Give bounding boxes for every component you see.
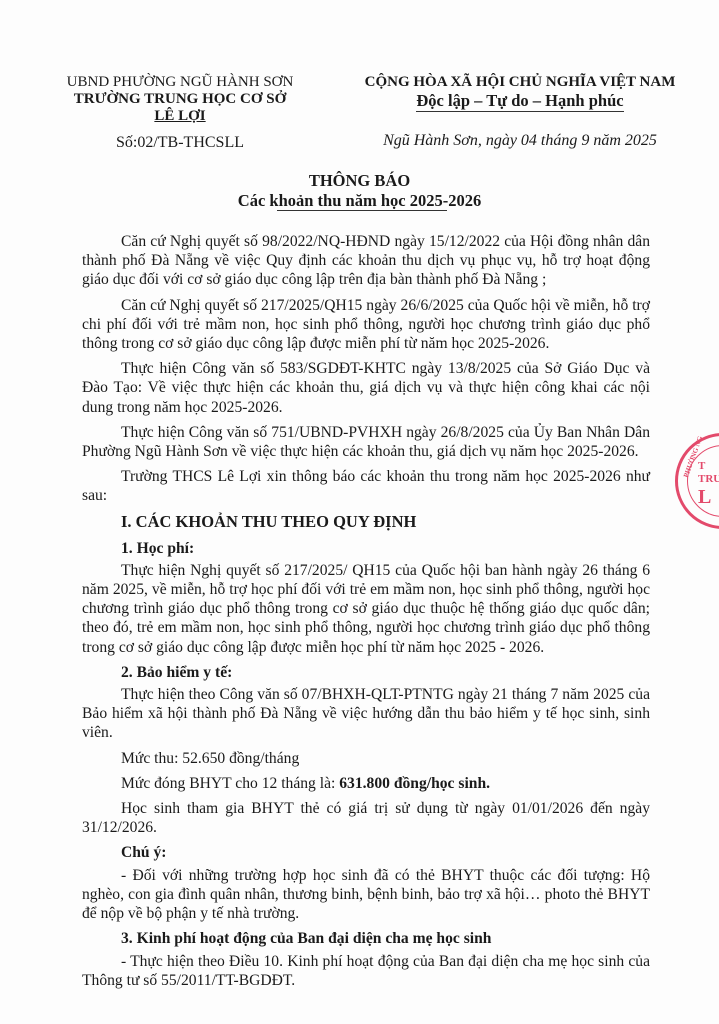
agency-line-2: TRƯỜNG TRUNG HỌC CƠ SỞ	[60, 91, 300, 108]
legal-basis-2: Căn cứ Nghị quyết số 217/2025/QH15 ngày …	[82, 296, 650, 354]
seal-text-line-2: TRƯ	[698, 473, 719, 486]
insurance-monthly-rate: Mức thu: 52.650 đồng/tháng	[82, 749, 650, 768]
note-text: - Đối với những trường hợp học sinh đã c…	[82, 866, 650, 924]
place-and-date: Ngũ Hành Sơn, ngày 04 tháng 9 năm 2025	[340, 132, 700, 150]
subsection-tuition-heading: 1. Học phí:	[121, 539, 650, 558]
school-name: LÊ LỢI	[154, 108, 205, 124]
agency-line-1: UBND PHƯỜNG NGŨ HÀNH SƠN	[60, 74, 300, 91]
insurance-validity: Học sinh tham gia BHYT thẻ có giá trị sử…	[82, 799, 650, 837]
national-motto: Độc lập – Tự do – Hạnh phúc	[416, 91, 623, 112]
legal-basis-4: Thực hiện Công văn số 751/UBND-PVHXH ngà…	[82, 423, 650, 461]
document-page: UBND PHƯỜNG NGŨ HÀNH SƠN TRƯỜNG TRUNG HỌ…	[0, 0, 719, 1024]
parent-board-text: - Thực hiện theo Điều 10. Kinh phí hoạt …	[82, 952, 650, 990]
document-subtitle: Các khoản thu năm học 2025-2026	[238, 191, 481, 211]
annual-rate-value: 631.800 đồng/học sinh.	[339, 775, 490, 792]
insurance-annual-rate: Mức đóng BHYT cho 12 tháng là: 631.800 đ…	[82, 774, 650, 793]
national-header-block: CỘNG HÒA XÃ HỘI CHỦ NGHĨA VIỆT NAM Độc l…	[340, 74, 700, 150]
nation-name: CỘNG HÒA XÃ HỘI CHỦ NGHĨA VIỆT NAM	[340, 74, 700, 91]
seal-text-line-3: L	[698, 486, 719, 508]
intro-paragraph: Trường THCS Lê Lợi xin thông báo các kho…	[82, 467, 650, 505]
note-heading: Chú ý:	[121, 843, 650, 862]
document-title: THÔNG BÁO	[0, 171, 719, 191]
document-title-block: THÔNG BÁO Các khoản thu năm học 2025-202…	[0, 171, 719, 211]
subsection-insurance-heading: 2. Bảo hiểm y tế:	[121, 663, 650, 682]
insurance-text: Thực hiện theo Công văn số 07/BHXH-QLT-P…	[82, 685, 650, 743]
legal-basis-1: Căn cứ Nghị quyết số 98/2022/NQ-HĐND ngà…	[82, 232, 650, 290]
seal-text-line-1: T	[698, 460, 719, 473]
section-heading-1: I. CÁC KHOẢN THU THEO QUY ĐỊNH	[121, 512, 650, 532]
issuing-agency-block: UBND PHƯỜNG NGŨ HÀNH SƠN TRƯỜNG TRUNG HỌ…	[60, 74, 300, 152]
document-body: Căn cứ Nghị quyết số 98/2022/NQ-HĐND ngà…	[82, 232, 650, 996]
official-seal-stamp: PHƯỜNG NG T TRƯ L	[675, 433, 719, 529]
subsection-parent-board-heading: 3. Kinh phí hoạt động của Ban đại diện c…	[121, 929, 650, 948]
tuition-text: Thực hiện Nghị quyết số 217/2025/ QH15 c…	[82, 561, 650, 657]
document-number: Số:02/TB-THCSLL	[60, 134, 300, 152]
seal-center-text: T TRƯ L	[698, 460, 719, 508]
agency-line-3: LÊ LỢI	[60, 108, 300, 125]
annual-rate-label: Mức đóng BHYT cho 12 tháng là:	[121, 775, 339, 792]
legal-basis-3: Thực hiện Công văn số 583/SGDĐT-KHTC ngà…	[82, 359, 650, 417]
